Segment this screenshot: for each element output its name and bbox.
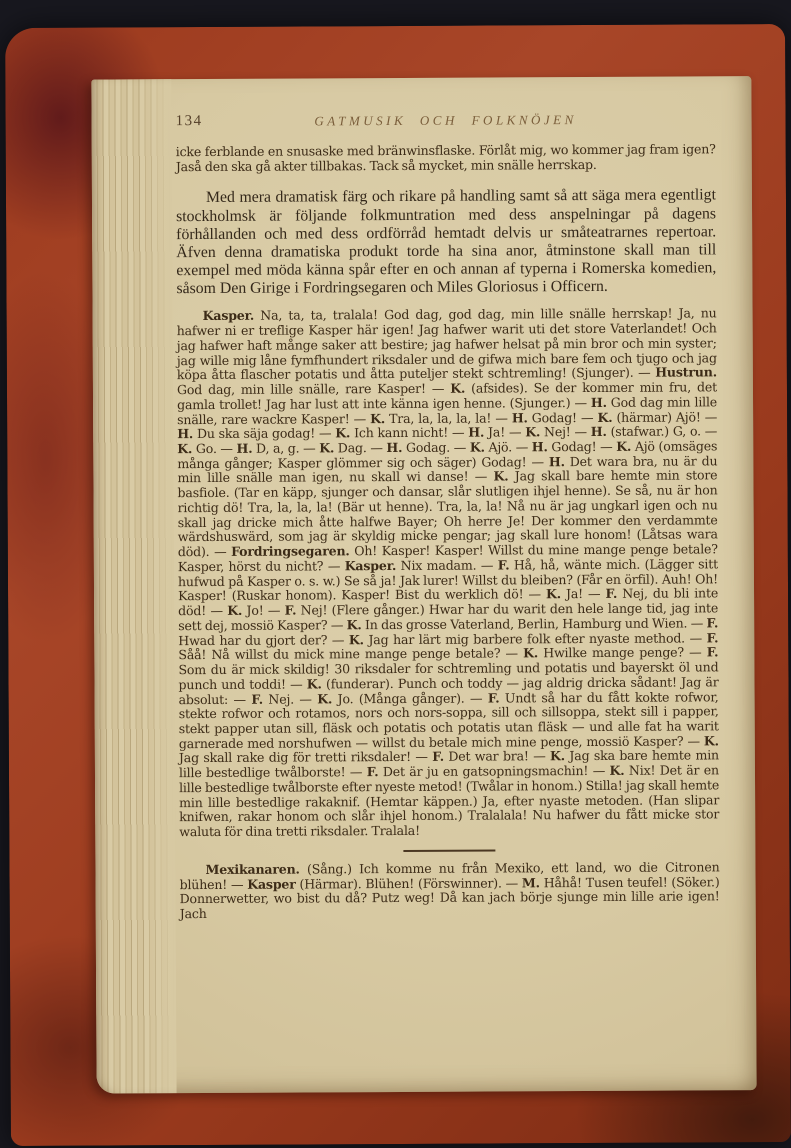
dialog-text: Ja! — <box>484 425 525 440</box>
speaker-name: F. <box>707 645 719 660</box>
speaker-name: K. <box>349 632 364 647</box>
speaker-name: K. <box>307 676 322 691</box>
section-divider <box>403 849 495 851</box>
speaker-name: K. <box>704 733 719 748</box>
dialog-text: Dag. — <box>334 440 386 455</box>
page-fore-edge <box>91 79 176 1093</box>
speaker-name: F. <box>706 615 718 630</box>
dialog-text: Tra, la, la, la, la! — <box>385 410 512 426</box>
speaker-name: K. <box>319 440 334 455</box>
photo-backdrop: { "header": { "page_number": "134", "run… <box>0 0 791 1148</box>
speaker-name: K. <box>370 411 385 426</box>
speaker-name: F. <box>367 764 379 779</box>
speaker-name: K. <box>609 763 624 778</box>
book: 134 GATMUSIK OCH FOLKNÖJEN icke ferbland… <box>5 24 791 1146</box>
speaker-name: H. <box>591 424 607 439</box>
speaker-name: H. <box>532 439 548 454</box>
speaker-name: Kasper. <box>203 308 255 323</box>
dialog-text: Godag. — <box>402 440 470 455</box>
speaker-name: H. <box>177 426 193 441</box>
dialog-text: Godag! — <box>528 410 598 425</box>
speaker-name: K. <box>450 381 465 396</box>
speaker-name: Fordringsegaren. <box>231 543 350 559</box>
speaker-name: K. <box>335 426 350 441</box>
dialog-text: Ja! — <box>561 586 606 601</box>
speaker-name: F. <box>707 630 719 645</box>
dialog-text: Ajö. — <box>485 439 532 454</box>
speaker-name: F. <box>285 603 297 618</box>
speaker-name: K. <box>470 440 485 455</box>
dialog-text: Jo. (Många gånger). — <box>332 690 488 706</box>
running-title: GATMUSIK OCH FOLKNÖJEN <box>176 111 716 130</box>
speaker-name: F. <box>432 749 444 764</box>
speaker-name: K. <box>227 603 242 618</box>
dialog-text: Nix madam. — <box>396 557 498 573</box>
dialog-text: Jag skall rake dig för tretti riksdaler!… <box>179 749 432 765</box>
speaker-name: K. <box>616 439 631 454</box>
dialog-text: Na, ta, ta, tralala! God dag, god dag, m… <box>177 306 717 383</box>
speaker-name: H. <box>591 395 607 410</box>
mexikanaren-paragraph: Mexikanaren. (Sång.) Ich komme nu från M… <box>179 860 719 922</box>
speaker-name: K. <box>525 425 540 440</box>
dialog-text: Det är ju en gatsopningsmachin! — <box>378 763 609 779</box>
dialog-text: Nej. — <box>263 691 317 706</box>
text-block: 134 GATMUSIK OCH FOLKNÖJEN icke ferbland… <box>176 108 720 922</box>
speaker-name: M. <box>522 875 540 890</box>
speaker-name: Kasper <box>247 876 296 891</box>
dialog-text: Nej! — <box>540 424 591 439</box>
intro-paragraph: Med mera dramatisk färg och rikare på ha… <box>176 187 717 299</box>
speaker-name: F. <box>251 691 263 706</box>
dialog-text: D, a, g. — <box>252 440 319 455</box>
speaker-name: H. <box>386 440 402 455</box>
speaker-name: K. <box>550 749 565 764</box>
speaker-name: K. <box>317 691 332 706</box>
running-header: 134 GATMUSIK OCH FOLKNÖJEN <box>176 108 716 133</box>
continuation-paragraph: icke ferblande en snusaske med bränwinsf… <box>176 142 716 174</box>
speaker-name: K. <box>347 617 362 632</box>
speaker-name: F. <box>605 586 617 601</box>
dialog-text: Det war bra! — <box>444 749 550 765</box>
dialog-text: Jo! — <box>242 603 285 618</box>
speaker-name: H. <box>549 454 565 469</box>
dialog-text: Godag! — <box>548 439 617 454</box>
speaker-name: Hustrun. <box>655 365 717 380</box>
speaker-name: K. <box>597 409 612 424</box>
speaker-name: K. <box>493 469 508 484</box>
dialog-text: Go. — <box>192 441 236 456</box>
speaker-name: H. <box>468 425 484 440</box>
speaker-name: Kasper. <box>345 558 397 573</box>
speaker-name: K. <box>546 587 561 602</box>
speaker-name: K. <box>523 646 538 661</box>
speaker-name: H. <box>236 441 252 456</box>
dialog-text: Du ska säja godag! — <box>193 426 335 442</box>
kasper-dialog-paragraph: Kasper. Na, ta, ta, tralala! God dag, go… <box>177 307 720 840</box>
dialog-text: Hwilke mange penge? — <box>538 645 707 661</box>
dialog-text: Ich kann nicht! — <box>350 425 468 441</box>
scanned-page: 134 GATMUSIK OCH FOLKNÖJEN icke ferbland… <box>91 76 756 1093</box>
speaker-name: F. <box>498 557 510 572</box>
dialog-text: (stafwar.) G, o. — <box>607 424 718 440</box>
dialog-text: Hwad har du gjort der? — <box>178 632 349 648</box>
speaker-name: H. <box>512 410 528 425</box>
dialog-text: (härmar) Ajö! — <box>612 409 717 425</box>
dialog-text: (Härmar). Blühen! (Förswinner). — <box>296 875 522 891</box>
speaker-name: F. <box>488 690 500 705</box>
speaker-name: Mexikanaren. <box>205 861 299 876</box>
speaker-name: K. <box>177 441 192 456</box>
